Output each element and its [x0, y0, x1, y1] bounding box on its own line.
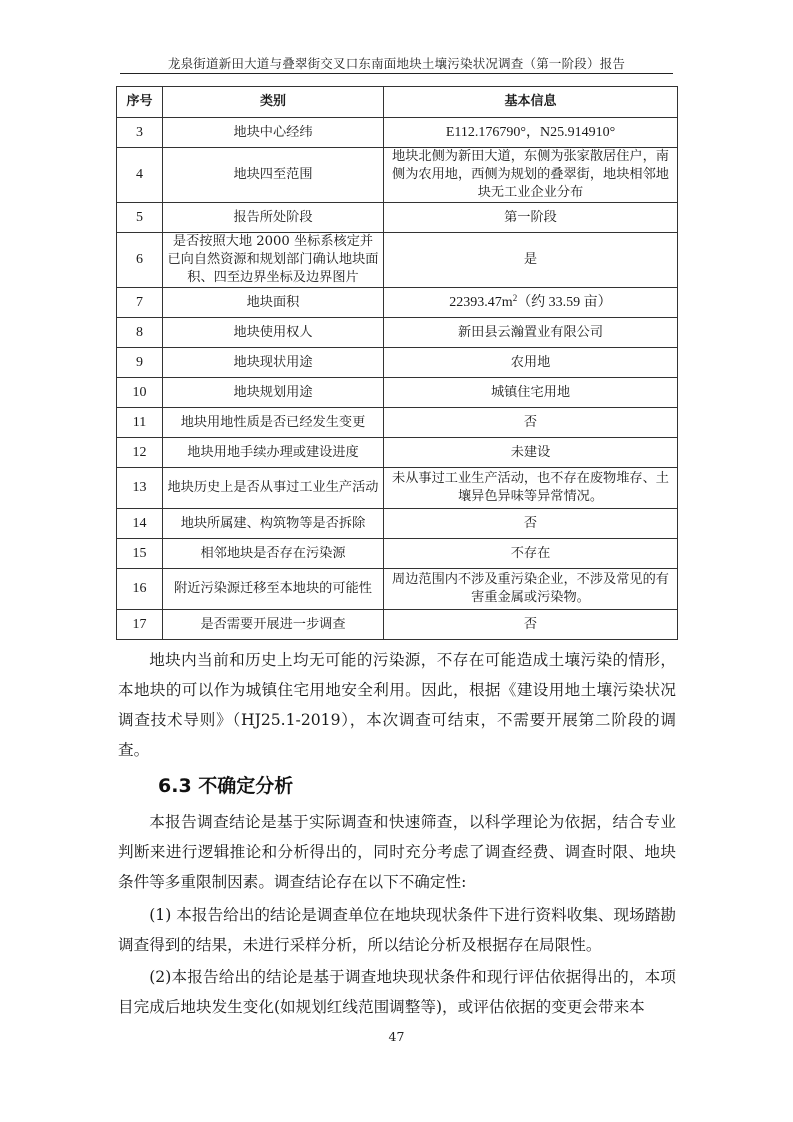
row-category: 相邻地块是否存在污染源 — [163, 539, 384, 569]
row-number: 6 — [117, 233, 163, 288]
row-info: 22393.47m2（约 33.59 亩） — [384, 288, 678, 318]
row-info: 否 — [384, 408, 678, 438]
page-number: 47 — [0, 1029, 793, 1044]
section-paragraph-1: (1) 本报告给出的结论是调查单位在地块现状条件下进行资料收集、现场踏勘调查得到… — [118, 900, 676, 960]
row-info: 农用地 — [384, 348, 678, 378]
row-number: 8 — [117, 318, 163, 348]
row-info: 地块北侧为新田大道，东侧为张家散居住户，南侧为农用地，西侧为规划的叠翠街，地块相… — [384, 148, 678, 203]
row-info: 是 — [384, 233, 678, 288]
row-category: 附近污染源迁移至本地块的可能性 — [163, 569, 384, 610]
row-number: 15 — [117, 539, 163, 569]
column-header-category: 类别 — [163, 87, 384, 118]
row-category: 地块现状用途 — [163, 348, 384, 378]
table-row: 10 地块规划用途 城镇住宅用地 — [117, 378, 678, 408]
row-info: E112.176790°，N25.914910° — [384, 118, 678, 148]
table-row: 4 地块四至范围 地块北侧为新田大道，东侧为张家散居住户，南侧为农用地，西侧为规… — [117, 148, 678, 203]
table-row: 9 地块现状用途 农用地 — [117, 348, 678, 378]
row-category: 地块中心经纬 — [163, 118, 384, 148]
row-info: 不存在 — [384, 539, 678, 569]
row-number: 5 — [117, 203, 163, 233]
section-heading: 6.3 不确定分析 — [158, 771, 293, 798]
area-value: 22393.47m — [449, 295, 512, 310]
row-number: 7 — [117, 288, 163, 318]
row-category: 地块规划用途 — [163, 378, 384, 408]
header-rule — [120, 73, 673, 74]
table-header-row: 序号 类别 基本信息 — [117, 87, 678, 118]
row-number: 11 — [117, 408, 163, 438]
row-category: 地块所属建、构筑物等是否拆除 — [163, 509, 384, 539]
row-info: 未从事过工业生产活动，也不存在废物堆存、土壤异色异味等异常情况。 — [384, 468, 678, 509]
table-row: 6 是否按照大地 2000 坐标系核定并已向自然资源和规划部门确认地块面积、四至… — [117, 233, 678, 288]
row-info: 新田县云瀚置业有限公司 — [384, 318, 678, 348]
row-number: 14 — [117, 509, 163, 539]
table-row: 8 地块使用权人 新田县云瀚置业有限公司 — [117, 318, 678, 348]
row-number: 9 — [117, 348, 163, 378]
row-category: 报告所处阶段 — [163, 203, 384, 233]
row-info: 否 — [384, 610, 678, 640]
row-number: 3 — [117, 118, 163, 148]
row-info: 第一阶段 — [384, 203, 678, 233]
row-number: 17 — [117, 610, 163, 640]
row-category: 是否需要开展进一步调查 — [163, 610, 384, 640]
row-info: 否 — [384, 509, 678, 539]
row-number: 12 — [117, 438, 163, 468]
table-row: 7 地块面积 22393.47m2（约 33.59 亩） — [117, 288, 678, 318]
table-row: 16 附近污染源迁移至本地块的可能性 周边范围内不涉及重污染企业，不涉及常见的有… — [117, 569, 678, 610]
row-number: 10 — [117, 378, 163, 408]
section-paragraph-2: (2)本报告给出的结论是基于调查地块现状条件和现行评估依据得出的，本项目完成后地… — [118, 962, 676, 1022]
row-info: 周边范围内不涉及重污染企业，不涉及常见的有害重金属或污染物。 — [384, 569, 678, 610]
table-row: 14 地块所属建、构筑物等是否拆除 否 — [117, 509, 678, 539]
row-info: 未建设 — [384, 438, 678, 468]
row-category: 地块历史上是否从事过工业生产活动 — [163, 468, 384, 509]
table-row: 3 地块中心经纬 E112.176790°，N25.914910° — [117, 118, 678, 148]
row-category: 地块使用权人 — [163, 318, 384, 348]
area-mu: （约 33.59 亩） — [517, 295, 612, 310]
row-category: 地块面积 — [163, 288, 384, 318]
row-number: 16 — [117, 569, 163, 610]
conclusion-paragraph: 地块内当前和历史上均无可能的污染源，不存在可能造成土壤污染的情形，本地块的可以作… — [118, 645, 676, 765]
row-category: 地块四至范围 — [163, 148, 384, 203]
row-number: 4 — [117, 148, 163, 203]
column-header-no: 序号 — [117, 87, 163, 118]
row-category: 是否按照大地 2000 坐标系核定并已向自然资源和规划部门确认地块面积、四至边界… — [163, 233, 384, 288]
table-row: 12 地块用地手续办理或建设进度 未建设 — [117, 438, 678, 468]
table-row: 17 是否需要开展进一步调查 否 — [117, 610, 678, 640]
basic-info-table: 序号 类别 基本信息 3 地块中心经纬 E112.176790°，N25.914… — [116, 86, 678, 640]
table-row: 15 相邻地块是否存在污染源 不存在 — [117, 539, 678, 569]
column-header-info: 基本信息 — [384, 87, 678, 118]
table-row: 13 地块历史上是否从事过工业生产活动 未从事过工业生产活动，也不存在废物堆存、… — [117, 468, 678, 509]
table-row: 5 报告所处阶段 第一阶段 — [117, 203, 678, 233]
row-number: 13 — [117, 468, 163, 509]
row-category: 地块用地手续办理或建设进度 — [163, 438, 384, 468]
section-paragraph-intro: 本报告调查结论是基于实际调查和快速筛查，以科学理论为依据，结合专业判断来进行逻辑… — [118, 807, 676, 897]
running-header: 龙泉街道新田大道与叠翠街交叉口东南面地块土壤污染状况调查（第一阶段）报告 — [120, 54, 673, 72]
row-info: 城镇住宅用地 — [384, 378, 678, 408]
table-row: 11 地块用地性质是否已经发生变更 否 — [117, 408, 678, 438]
row-category: 地块用地性质是否已经发生变更 — [163, 408, 384, 438]
